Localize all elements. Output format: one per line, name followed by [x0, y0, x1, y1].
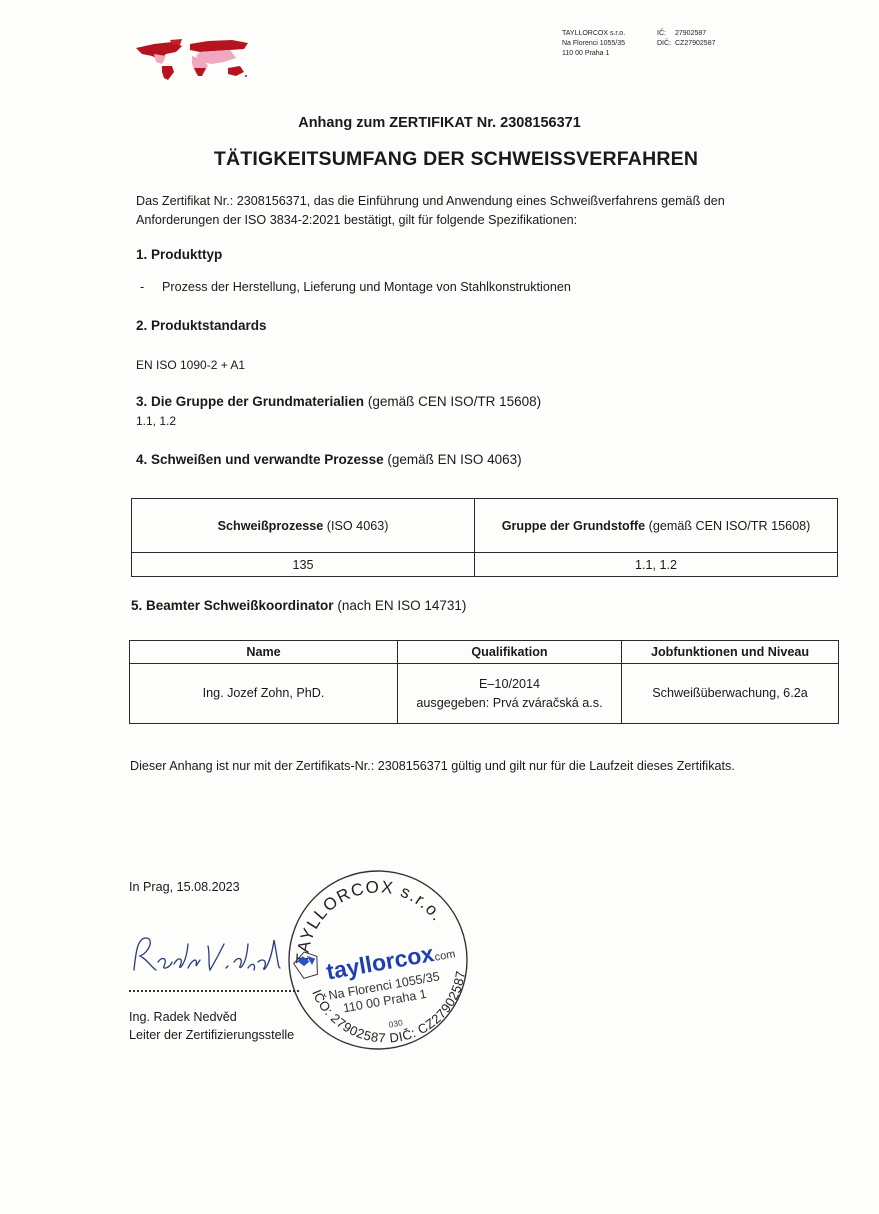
stamp-brand-suffix: .com — [431, 948, 457, 964]
table-header-row: Name Qualifikation Jobfunktionen und Niv… — [130, 641, 839, 664]
cell-name: Ing. Jozef Zohn, PhD. — [130, 664, 398, 724]
section4-heading-normal: (gemäß EN ISO 4063) — [387, 452, 521, 467]
section3-value: 1.1, 1.2 — [136, 414, 176, 428]
header-welding-processes: Schweißprozesse (ISO 4063) — [132, 499, 475, 553]
validity-note: Dieser Anhang ist nur mit der Zertifikat… — [130, 756, 790, 776]
bullet-dash: - — [140, 280, 162, 294]
dic-value: CZ27902587 — [675, 40, 715, 47]
section3-heading-bold: 3. Die Gruppe der Grundmaterialien — [136, 394, 364, 409]
section5-heading-normal: (nach EN ISO 14731) — [337, 598, 466, 613]
header-qualification: Qualifikation — [398, 641, 622, 664]
section4-heading: 4. Schweißen und verwandte Prozesse (gem… — [136, 452, 522, 467]
header-base-material-group: Gruppe der Grundstoffe (gemäß CEN ISO/TR… — [475, 499, 838, 553]
company-city: 110 00 Praha 1 — [562, 49, 625, 59]
table-header-row: Schweißprozesse (ISO 4063) Gruppe der Gr… — [132, 499, 838, 553]
section1-heading: 1. Produkttyp — [136, 247, 222, 262]
signer-block: Ing. Radek Nedvěd Leiter der Zertifizier… — [129, 1008, 294, 1044]
intro-paragraph: Das Zertifikat Nr.: 2308156371, das die … — [136, 192, 796, 230]
stamp-number: 030 — [388, 1017, 404, 1029]
signature-line — [129, 990, 299, 992]
header-job-function: Jobfunktionen und Niveau — [622, 641, 839, 664]
world-map-logo-icon — [132, 36, 254, 82]
cell-job-function: Schweißüberwachung, 6.2a — [622, 664, 839, 724]
dic-label: DIČ: — [657, 39, 675, 49]
section5-heading-bold: 5. Beamter Schweißkoordinator — [131, 598, 334, 613]
handwritten-signature-icon — [128, 930, 298, 980]
main-title: TÄTIGKEITSUMFANG DER SCHWEISSVERFAHREN — [0, 148, 879, 171]
company-stamp-icon: TAYLLORCOX s.r.o. tayllorcox .com Na Flo… — [282, 864, 472, 1054]
header-name: Name — [130, 641, 398, 664]
section5-heading: 5. Beamter Schweißkoordinator (nach EN I… — [131, 598, 466, 613]
cell-material-group: 1.1, 1.2 — [475, 553, 838, 577]
qualification-issuer: ausgegeben: Prvá zváračská a.s. — [399, 694, 620, 713]
section2-value: EN ISO 1090-2 + A1 — [136, 358, 245, 372]
table-row: 135 1.1, 1.2 — [132, 553, 838, 577]
section3-heading: 3. Die Gruppe der Grundmaterialien (gemä… — [136, 394, 541, 409]
section1-item-text: Prozess der Herstellung, Lieferung und M… — [162, 280, 571, 294]
place-date: In Prag, 15.08.2023 — [129, 880, 240, 894]
company-street: Na Florenci 1055/35 — [562, 39, 625, 49]
table-row: Ing. Jozef Zohn, PhD. E–10/2014 ausgegeb… — [130, 664, 839, 724]
section2-heading: 2. Produktstandards — [136, 318, 267, 333]
ic-label: IČ: — [657, 29, 675, 39]
annex-title: Anhang zum ZERTIFIKAT Nr. 2308156371 — [0, 115, 879, 131]
section4-heading-bold: 4. Schweißen und verwandte Prozesse — [136, 452, 384, 467]
qualification-number: E–10/2014 — [399, 675, 620, 694]
company-name: TAYLLORCOX s.r.o. — [562, 29, 625, 39]
signer-name: Ing. Radek Nedvěd — [129, 1008, 294, 1026]
section3-heading-normal: (gemäß CEN ISO/TR 15608) — [368, 394, 541, 409]
welding-process-table: Schweißprozesse (ISO 4063) Gruppe der Gr… — [131, 498, 838, 577]
company-address: TAYLLORCOX s.r.o. Na Florenci 1055/35 11… — [562, 29, 625, 59]
welding-coordinator-table: Name Qualifikation Jobfunktionen und Niv… — [129, 640, 839, 724]
signer-role: Leiter der Zertifizierungsstelle — [129, 1026, 294, 1044]
company-ids: IČ:27902587 DIČ:CZ27902587 — [657, 29, 715, 49]
cell-qualification: E–10/2014 ausgegeben: Prvá zváračská a.s… — [398, 664, 622, 724]
section1-item: -Prozess der Herstellung, Lieferung und … — [140, 280, 571, 294]
ic-value: 27902587 — [675, 30, 706, 37]
cell-process: 135 — [132, 553, 475, 577]
